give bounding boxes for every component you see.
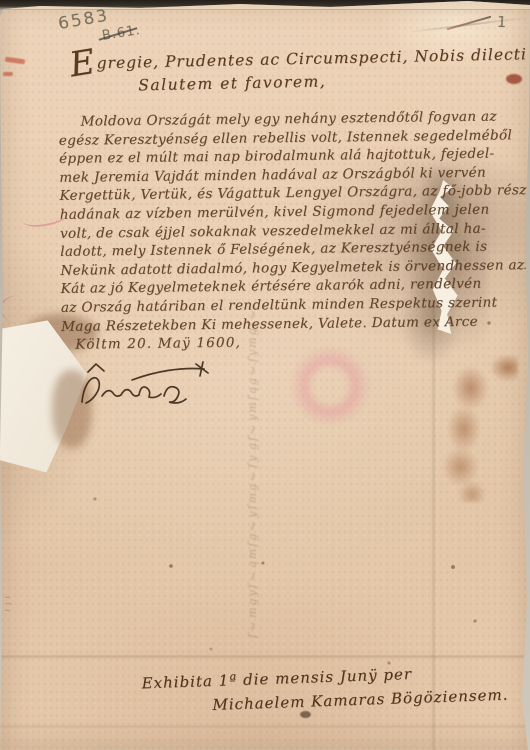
- horizontal-fold-crease: [0, 654, 530, 659]
- endorsement-note: Exhibita 1ª die mensis Junÿ per Michaele…: [141, 662, 508, 717]
- corner-crease: [404, 16, 529, 33]
- seal-imprint: [290, 346, 370, 426]
- signature: Іω Михаил воевода: [76, 358, 222, 414]
- endorsement-line2: Michaelem Kamaras Bögöziensem.: [212, 686, 509, 714]
- top-fold-crease: [0, 0, 530, 10]
- red-edge-mark-2: [3, 72, 13, 76]
- signature-scrawl-drawing: [76, 358, 222, 414]
- bleedthrough-text: ſℓmgyſℓqmſgℓyſmgℓſy gſℓymſqgℓſymgſℓ: [246, 386, 259, 638]
- bleedthrough-column: ſℓmgyſℓqmſgℓyſmgℓſy: [246, 454, 259, 638]
- red-edge-mark: [5, 57, 26, 65]
- rust-stain: [436, 356, 518, 502]
- bleedthrough-column: gſℓymſqgℓſymgſℓ: [246, 306, 259, 450]
- paper-sheet: 6583 B.61. 1 Egregie, Prudentes ac Circu…: [0, 0, 530, 750]
- page-number: 1: [496, 13, 507, 32]
- salutation-line1-text: gregie, Prudentes ac Circumspecti, Nobis…: [96, 45, 527, 72]
- dirt-specks: [0, 0, 2, 2]
- salutation: Egregie, Prudentes ac Circumspecti, Nobi…: [70, 45, 528, 96]
- salutation-line2: Salutem et favorem,: [138, 68, 527, 94]
- margin-pencil-marks: ıȷı: [3, 592, 13, 612]
- flourished-initial: E: [69, 57, 96, 71]
- letter-body: Moldova Országát mely egy nehány esztend…: [59, 107, 527, 354]
- manuscript-scan: 6583 B.61. 1 Egregie, Prudentes ac Circu…: [0, 0, 530, 750]
- lower-fold-crease: [0, 724, 530, 729]
- ink-blot: [300, 711, 311, 718]
